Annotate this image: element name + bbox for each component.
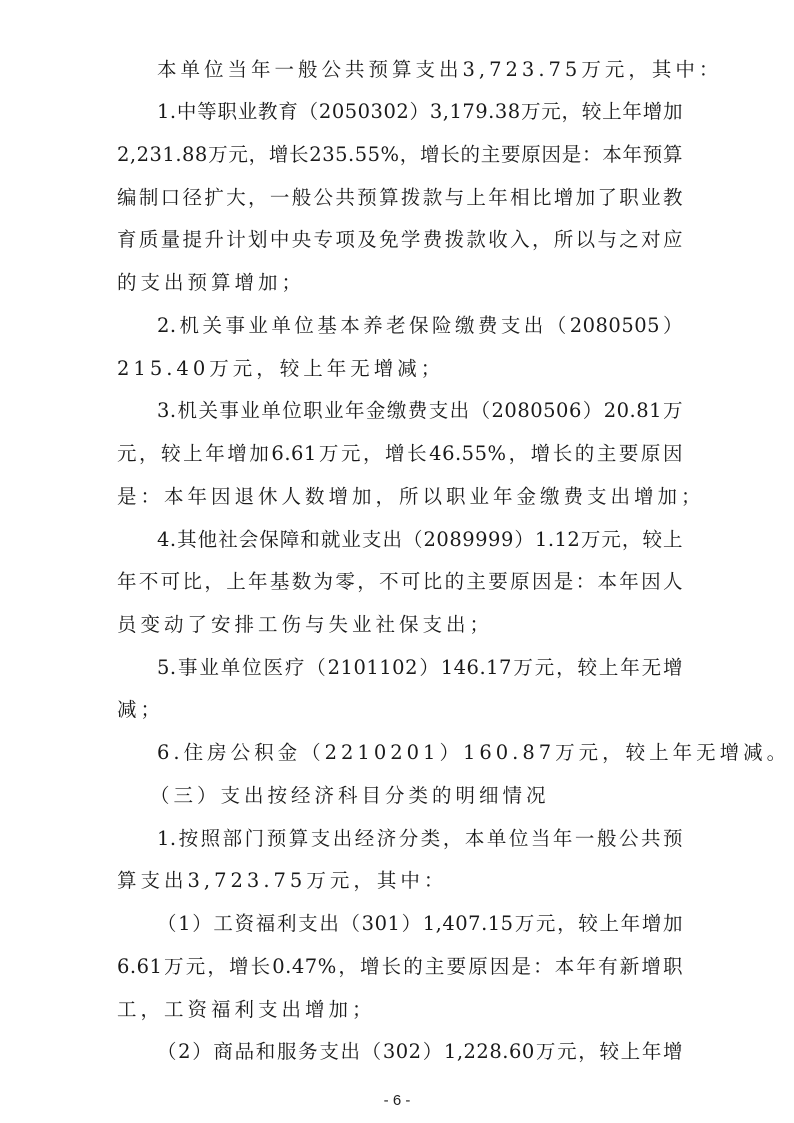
item-2-line: 2.机关事业单位基本养老保险缴费支出（2080505） (157, 313, 683, 339)
paragraph-intro-line: 本单位当年一般公共预算支出3,723.75万元，其中： (157, 57, 722, 83)
item-3-line: 3.机关事业单位职业年金缴费支出（2080506）20.81万 (157, 398, 683, 424)
item-3-line: 元，较上年增加6.61万元，增长46.55%，增长的主要原因 (117, 441, 683, 467)
item-1-line: 育质量提升计划中央专项及免学费拨款收入，所以与之对应 (117, 227, 683, 253)
item-1-line: 2,231.88万元，增长235.55%，增长的主要原因是：本年预算 (117, 142, 683, 168)
sub-item-2-line: （2）商品和服务支出（302）1,228.60万元，较上年增 (157, 1039, 683, 1065)
item-1-line: 1.中等职业教育（2050302）3,179.38万元，较上年增加 (157, 99, 683, 125)
item-4-line: 员变动了安排工伤与失业社保支出； (117, 612, 493, 638)
item-4-line: 年不可比，上年基数为零，不可比的主要原因是：本年因人 (117, 569, 683, 595)
sub-item-1-line: 6.61万元，增长0.47%，增长的主要原因是：本年有新增职 (117, 954, 683, 980)
document-page: 本单位当年一般公共预算支出3,723.75万元，其中： 1.中等职业教育（205… (0, 0, 794, 1123)
page-number: - 6 - (0, 1092, 794, 1109)
subsection-1-line: 1.按照部门预算支出经济分类，本单位当年一般公共预 (157, 826, 683, 852)
item-1-line: 的支出预算增加； (117, 270, 305, 296)
item-3-line: 是：本年因退休人数增加，所以职业年金缴费支出增加； (117, 484, 705, 510)
item-5-line: 5.事业单位医疗（2101102）146.17万元，较上年无增 (157, 655, 683, 681)
item-2-line: 215.40万元，较上年无增减； (117, 356, 444, 382)
sub-item-1-line: 工，工资福利支出增加； (117, 997, 376, 1023)
item-6-line: 6.住房公积金（2210201）160.87万元，较上年无增减。 (157, 740, 790, 766)
item-1-line: 编制口径扩大，一般公共预算拨款与上年相比增加了职业教 (117, 185, 683, 211)
section-heading: （三）支出按经济科目分类的明细情况 (150, 783, 550, 809)
item-4-line: 4.其他社会保障和就业支出（2089999）1.12万元，较上 (157, 527, 683, 553)
subsection-1-line: 算支出3,723.75万元，其中： (117, 868, 447, 894)
item-5-line: 减； (117, 697, 164, 723)
sub-item-1-line: （1）工资福利支出（301）1,407.15万元，较上年增加 (157, 911, 683, 937)
